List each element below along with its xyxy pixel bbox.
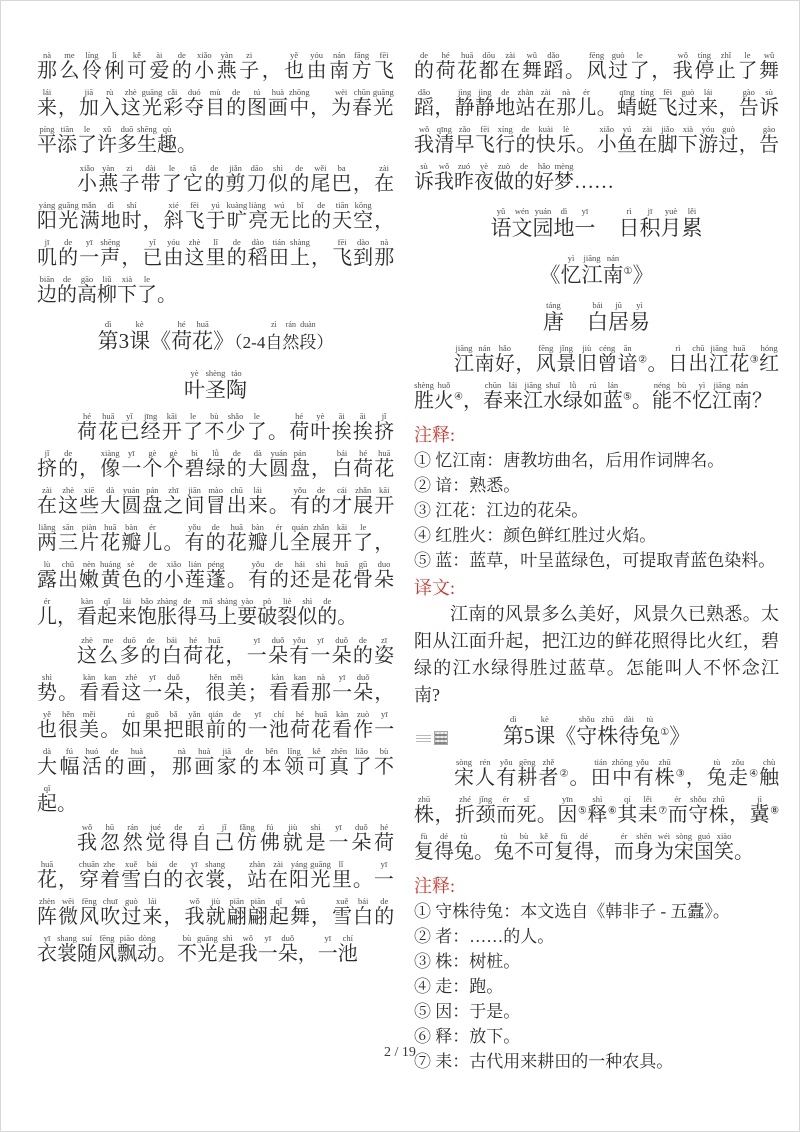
pinyin-paragraph: 我wǒ忽hū然rán觉jué得de自zì己jǐ仿fǎng佛fú就jiù是shì一… xyxy=(37,823,394,973)
watermark-text-icon xyxy=(416,735,431,742)
pinyin-paragraph: 这zhè么me多duō的de白bái荷hé花huā，一yī朵duǒ有yǒu一yī… xyxy=(37,636,394,823)
note-ref: ⑥ xyxy=(608,805,617,816)
note-ref: ④ xyxy=(749,768,759,779)
two-column-layout: 那nà么me伶líng俐lì可kě爱ài的de小xiǎo燕yàn子zi，也yě由… xyxy=(1,1,799,1074)
note-ref: ③ xyxy=(676,768,686,779)
note-item: ⑤ 蓝：蓝草，叶呈蓝绿色，可提取青蓝色染料。 xyxy=(414,548,779,573)
watermark-logo xyxy=(416,731,448,745)
qr-code-icon xyxy=(434,731,448,745)
note-item: ④ 走：跑。 xyxy=(414,974,779,999)
section-heading: 第dì5课kè《守shǒu株zhū待dài兔tù①》 xyxy=(414,715,779,756)
pinyin-paragraph: 小xiǎo燕yàn子zi带dài了le它tā的de剪jiǎn刀dāo似shì的d… xyxy=(37,164,394,314)
note-item: ① 忆江南：唐教坊曲名，后用作词牌名。 xyxy=(414,448,779,473)
note-ref: ⑤ xyxy=(578,805,587,816)
document-page: 那nà么me伶líng俐lì可kě爱ài的de小xiǎo燕yàn子zi，也yě由… xyxy=(0,0,800,1132)
translation-paragraph: 江南的风景多么美好，风景久已熟悉。太阳从江面升起，把江边的鲜花照得比火红，碧绿的… xyxy=(414,601,779,709)
section-heading: 唐táng白bái居jū易yì xyxy=(414,301,779,342)
pinyin-paragraph: 宋sòng人rén有yǒu耕gēng者zhě②。田tián中zhōng有yǒu株… xyxy=(414,758,779,871)
note-ref: ② xyxy=(638,354,647,365)
note-ref: ④ xyxy=(454,391,463,402)
section-heading: 《忆yì江jiāng南nán①》 xyxy=(414,254,779,295)
note-item: ② 者：……的人。 xyxy=(414,924,779,949)
heading-suffix: （2-4自zì然rán段duàn） xyxy=(234,333,333,352)
note-item: ① 守株待兔：本文选自《韩非子 - 五蠹》。 xyxy=(414,899,779,924)
note-item: ② 谙：熟悉。 xyxy=(414,473,779,498)
section-heading: 语yǔ文wén园yuán地dì一yī日rì积jī月yuè累lěi xyxy=(414,207,779,248)
section-heading: 叶yè圣shèng陶táo xyxy=(37,369,394,410)
pinyin-paragraph: 江jiāng南nán好hǎo，风fēng景jǐng旧jiù曾céng谙ān②。日… xyxy=(414,344,779,420)
notes-label: 注释: xyxy=(414,422,779,448)
pinyin-paragraph: 那nà么me伶líng俐lì可kě爱ài的de小xiǎo燕yàn子zi，也yě由… xyxy=(37,51,394,164)
note-ref: ① xyxy=(660,727,669,738)
page-number: 2 / 19 xyxy=(1,1045,799,1061)
notes-label: 注释: xyxy=(414,873,779,899)
note-ref: ② xyxy=(559,768,569,779)
note-ref: ③ xyxy=(750,354,759,365)
note-ref: ⑤ xyxy=(623,391,632,402)
note-item: ⑤ 因：于是。 xyxy=(414,999,779,1024)
note-ref: ① xyxy=(624,266,633,277)
note-ref: ⑧ xyxy=(770,805,779,816)
note-item: ③ 江花：江边的花朵。 xyxy=(414,498,779,523)
right-column: 的de荷hé花huā都dōu在zài舞wǔ蹈dǎo。风fēng过guò了le，我… xyxy=(414,51,779,1074)
left-column: 那nà么me伶líng俐lì可kě爱ài的de小xiǎo燕yàn子zi，也yě由… xyxy=(37,51,394,973)
section-heading: 第dì3课kè《荷hé花huā》（2-4自zì然rán段duàn） xyxy=(37,320,394,363)
pinyin-paragraph: 的de荷hé花huā都dōu在zài舞wǔ蹈dǎo。风fēng过guò了le，我… xyxy=(414,51,779,201)
pinyin-paragraph: 荷hé花huā已yǐ经jīng开kāi了le不bù少shǎo了le。荷hé叶yè… xyxy=(37,412,394,636)
note-item: ④ 红胜火：颜色鲜红胜过火焰。 xyxy=(414,523,779,548)
notes-label: 译文: xyxy=(414,575,779,601)
note-item: ③ 株：树桩。 xyxy=(414,949,779,974)
note-ref: ⑦ xyxy=(658,805,667,816)
